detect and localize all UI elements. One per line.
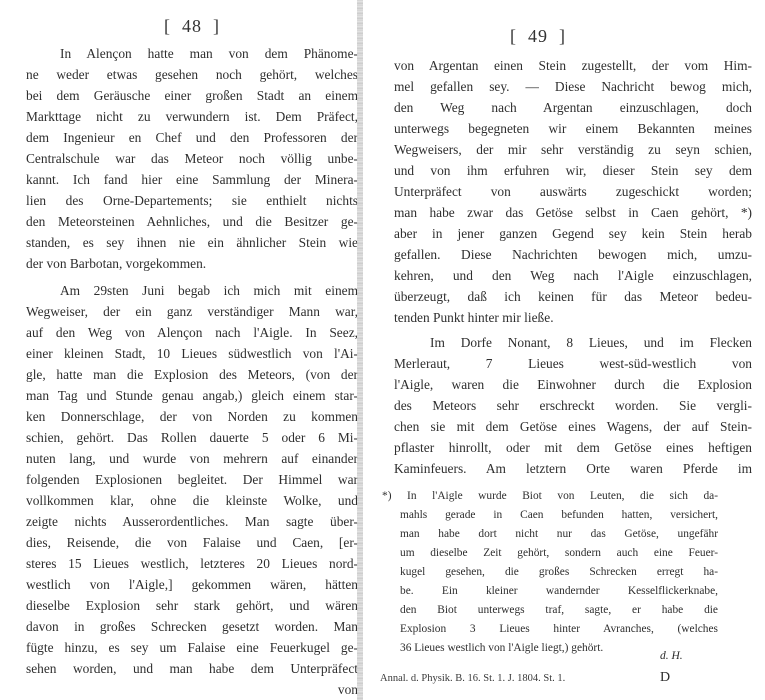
text-line: ken Donnerschlage, der von Norden zu kom… — [26, 407, 358, 427]
text-line: Unterpräfect von auswärts zugeschickt wo… — [394, 182, 752, 202]
text-line: kannt. Ich fand hier eine Sammlung der M… — [26, 170, 358, 190]
text-line: Kaminfeuers. Am letztern Orte waren Pfer… — [394, 459, 752, 479]
text-line: kehren, und den Weg nach l'Aigle einzusc… — [394, 266, 752, 286]
text-line: sehen worden, und man habe dem Unterpräf… — [26, 659, 358, 679]
footnote-line: den Biot unterwegs traf, sagte, er habe … — [400, 601, 718, 619]
text-line: bei dem Geräusche einer großen Stadt an … — [26, 86, 358, 106]
text-line: Markttage nicht zu verwundern ist. Dem P… — [26, 107, 358, 127]
catchword: von — [26, 680, 358, 700]
text-line: auf den Weg von Alençon nach l'Aigle. In… — [26, 323, 358, 343]
footnote-line: man habe dort nicht nur das Getöse, unge… — [400, 525, 718, 543]
text-line: davon in großes Schrecken gesetzt worden… — [26, 617, 358, 637]
text-line: chen sie mit dem Getöse eines Wagens, de… — [394, 417, 752, 437]
footnote-line: be. Ein kleiner wandernder Kesselflicker… — [400, 582, 718, 600]
text-line: mel gefallen sey. — Diese Nachricht bewo… — [394, 77, 752, 97]
printer-signature-line: Annal. d. Physik. B. 16. St. 1. J. 1804.… — [380, 673, 565, 684]
text-line: dem Ingenieur en Chef und den Professore… — [26, 128, 358, 148]
text-line: In Alençon hatte man von dem Phänome- — [60, 44, 358, 64]
text-line: von Argentan einen Stein zugestellt, der… — [394, 56, 752, 76]
text-line: einer kleinen Stadt, 10 Lieues südwestli… — [26, 344, 358, 364]
footnote-line: um dieselbe Zeit gehört, sondern auch ei… — [400, 544, 718, 562]
footnote-line: kugel gesehen, die großes Schrecken erre… — [400, 563, 718, 581]
text-line: der von Barbotan, vorgekommen. — [26, 254, 358, 274]
text-line: man Tag und Stunde genau angab,) gleich … — [26, 386, 358, 406]
text-line: lien des Orne-Departements; sie enthielt… — [26, 191, 358, 211]
text-line: vollkommen klar, ohne die kleinste Wolke… — [26, 491, 358, 511]
text-line: Am 29sten Juni begab ich mich mit einem — [60, 281, 358, 301]
footnote-line: mahls gerade in Caen befunden hatten, ve… — [400, 506, 718, 524]
text-line: unterwegs begegneten wir einem Bekannten… — [394, 119, 752, 139]
text-line: l'Aigle, waren die Einwohner durch die E… — [394, 375, 752, 395]
text-line: aber in jener ganzen Gegend sey kein Ste… — [394, 224, 752, 244]
text-line: Im Dorfe Nonant, 8 Lieues, und im Flecke… — [430, 333, 752, 353]
text-line: Centralschule war das Meteor noch völlig… — [26, 149, 358, 169]
text-line: folgenden Explosionen begleitet. Der Him… — [26, 470, 358, 490]
footnote-line: *) In l'Aigle wurde Biot von Leuten, die… — [382, 487, 718, 505]
page-number-right: [ 49 ] — [510, 26, 566, 47]
text-line: überzeugt, daß ich keinen für das Meteor… — [394, 287, 752, 307]
text-line: dies, Reisende, die von Falaise und Caen… — [26, 533, 358, 553]
page-number-left: [ 48 ] — [164, 16, 220, 37]
book-spine-divider — [357, 0, 363, 700]
text-line: Wegweiser, der ein ganz verständiger Man… — [26, 302, 358, 322]
text-line: zeigte nichts Ausserordentliches. Man sa… — [26, 512, 358, 532]
footnote-line: Explosion 3 Lieues hinter Avranches, (we… — [400, 620, 718, 638]
text-line: tenden Punkt hinter mir ließe. — [394, 308, 752, 328]
footnote-signature: d. H. — [660, 650, 683, 662]
text-line: Merleraut, 7 Lieues west-süd-westlich vo… — [394, 354, 752, 374]
text-line: gle, hatte man die Explosion des Meteors… — [26, 365, 358, 385]
right-page: [ 49 ] von Argentan einen Stein zugestel… — [364, 0, 765, 700]
text-line: fügte hinzu, es sey um Falaise eine Feue… — [26, 638, 358, 658]
text-line: westlich von l'Aigle,] gekommen wären, h… — [26, 575, 358, 595]
text-line: und von ihm erfuhren wir, dieser Stein s… — [394, 161, 752, 181]
text-line: gefallen. Diese Nachrichten bewogen mich… — [394, 245, 752, 265]
text-line: den Meteorsteinen Aehnliches, und die Be… — [26, 212, 358, 232]
text-line: schien, gehört. Das Rollen dauerte 5 ode… — [26, 428, 358, 448]
text-line: steres 15 Lieues westlich, letzteres 20 … — [26, 554, 358, 574]
text-line: dieselbe Explosion sehr stark gehört, un… — [26, 596, 358, 616]
text-line: den Weg nach Argentan einzuschlagen, doc… — [394, 98, 752, 118]
text-line: man habe zwar das Getöse selbst in Caen … — [394, 203, 752, 223]
text-line: Wegweisers, der mir sehr verständig zu s… — [394, 140, 752, 160]
text-line: pflaster hinrollt, oder mit dem Getöse e… — [394, 438, 752, 458]
text-line: ne weder etwas gesehen noch gehört, welc… — [26, 65, 358, 85]
text-line: nuten lang, und wurde von mehrern auf ei… — [26, 449, 358, 469]
gathering-signature-mark: D — [660, 670, 670, 686]
text-line: standen, es sey ihnen nie ein ähnlicher … — [26, 233, 358, 253]
left-page: [ 48 ] In Alençon hatte man von dem Phän… — [0, 0, 358, 700]
text-line: des Meteors sehr erschreckt worden. Sie … — [394, 396, 752, 416]
